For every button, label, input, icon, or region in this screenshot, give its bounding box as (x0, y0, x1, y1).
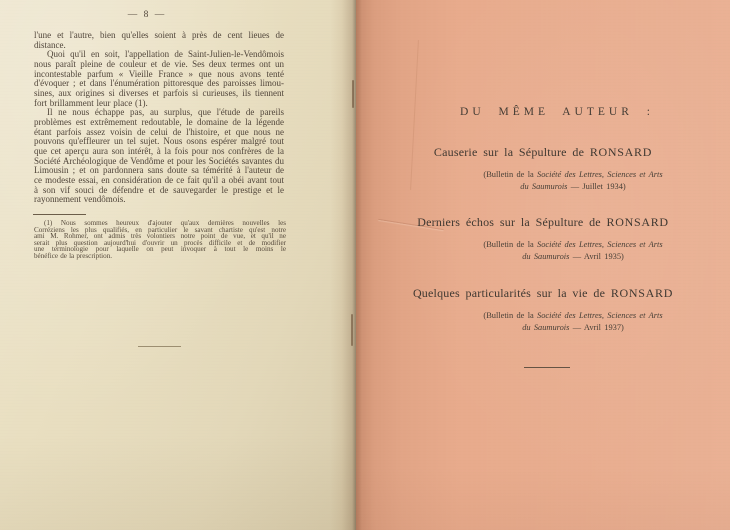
entry-title-text: Derniers échos sur la Sépulture de (417, 215, 606, 229)
entry-reference-line: (Bulletin de la Société des Lettres, Sci… (386, 310, 730, 322)
reference-italic-text: Société des Lettres, Sciences et Arts (537, 170, 663, 179)
reference-roman-text: — Avril 1935) (569, 252, 623, 261)
entry-title-text: Causerie sur la Sépulture de (434, 145, 590, 159)
entry-title: Causerie sur la Sépulture de RONSARD (356, 145, 730, 160)
page-number: — 8 — (22, 10, 272, 20)
reference-roman-text: — Avril 1937) (569, 323, 623, 332)
footnote-text: (1) Nous sommes heureux d'ajouter qu'aux… (34, 220, 286, 259)
reference-italic-text: du Saumurois (522, 323, 569, 332)
reference-italic-text: du Saumurois (520, 182, 567, 191)
body-line: l'une et l'autre, bien qu'elles soient à… (34, 31, 284, 41)
entry-reference: (Bulletin de la Société des Lettres, Sci… (386, 310, 730, 335)
entry-title-caps: RONSARD (590, 145, 652, 159)
entry-reference: (Bulletin de la Société des Lettres, Sci… (386, 239, 730, 264)
reference-roman-text: — Juillet 1934) (567, 182, 625, 191)
entry-title-caps: RONSARD (607, 215, 669, 229)
entry-title-caps: RONSARD (611, 286, 673, 300)
reference-italic-text: Société des Lettres, Sciences et Arts (537, 240, 663, 249)
entry-title: Quelques particularités sur la vie de RO… (356, 286, 730, 301)
left-end-rule (138, 346, 181, 347)
left-page: — 8 — l'une et l'autre, bien qu'elles so… (0, 0, 356, 530)
entry-reference-line: (Bulletin de la Société des Lettres, Sci… (386, 169, 730, 181)
reference-roman-text: (Bulletin de la (483, 170, 537, 179)
book-spread: — 8 — l'une et l'autre, bien qu'elles so… (0, 0, 730, 530)
reference-italic-text: du Saumurois (522, 252, 569, 261)
entry-reference-line: (Bulletin de la Société des Lettres, Sci… (386, 239, 730, 251)
entry-reference-line: du Saumurois — Juillet 1934) (386, 181, 730, 193)
bibliography-entries: Causerie sur la Sépulture de RONSARD(Bul… (356, 0, 730, 530)
entry-title: Derniers échos sur la Sépulture de RONSA… (356, 215, 730, 230)
reference-roman-text: (Bulletin de la (483, 240, 537, 249)
left-body-text: l'une et l'autre, bien qu'elles soient à… (34, 31, 284, 205)
reference-italic-text: Société des Lettres, Sciences et Arts (537, 311, 663, 320)
body-line: rayonnement vendômois. (34, 195, 284, 205)
right-page: DU MÊME AUTEUR : Causerie sur la Sépultu… (356, 0, 730, 530)
stitch-mark (351, 314, 353, 346)
entry-title-text: Quelques particularités sur la vie de (413, 286, 611, 300)
entry-reference-line: du Saumurois — Avril 1935) (386, 251, 730, 263)
entry-reference-line: du Saumurois — Avril 1937) (386, 322, 730, 334)
footnote-rule (33, 214, 86, 215)
bibliography-entry: Causerie sur la Sépulture de RONSARD(Bul… (356, 145, 730, 194)
reference-roman-text: (Bulletin de la (483, 311, 537, 320)
entry-reference: (Bulletin de la Société des Lettres, Sci… (386, 169, 730, 194)
stitch-mark (352, 80, 354, 108)
right-end-rule (524, 367, 570, 368)
bibliography-entry: Quelques particularités sur la vie de RO… (356, 286, 730, 335)
footnote-line: bénéfice de la prescription. (34, 253, 286, 260)
bibliography-entry: Derniers échos sur la Sépulture de RONSA… (356, 215, 730, 264)
